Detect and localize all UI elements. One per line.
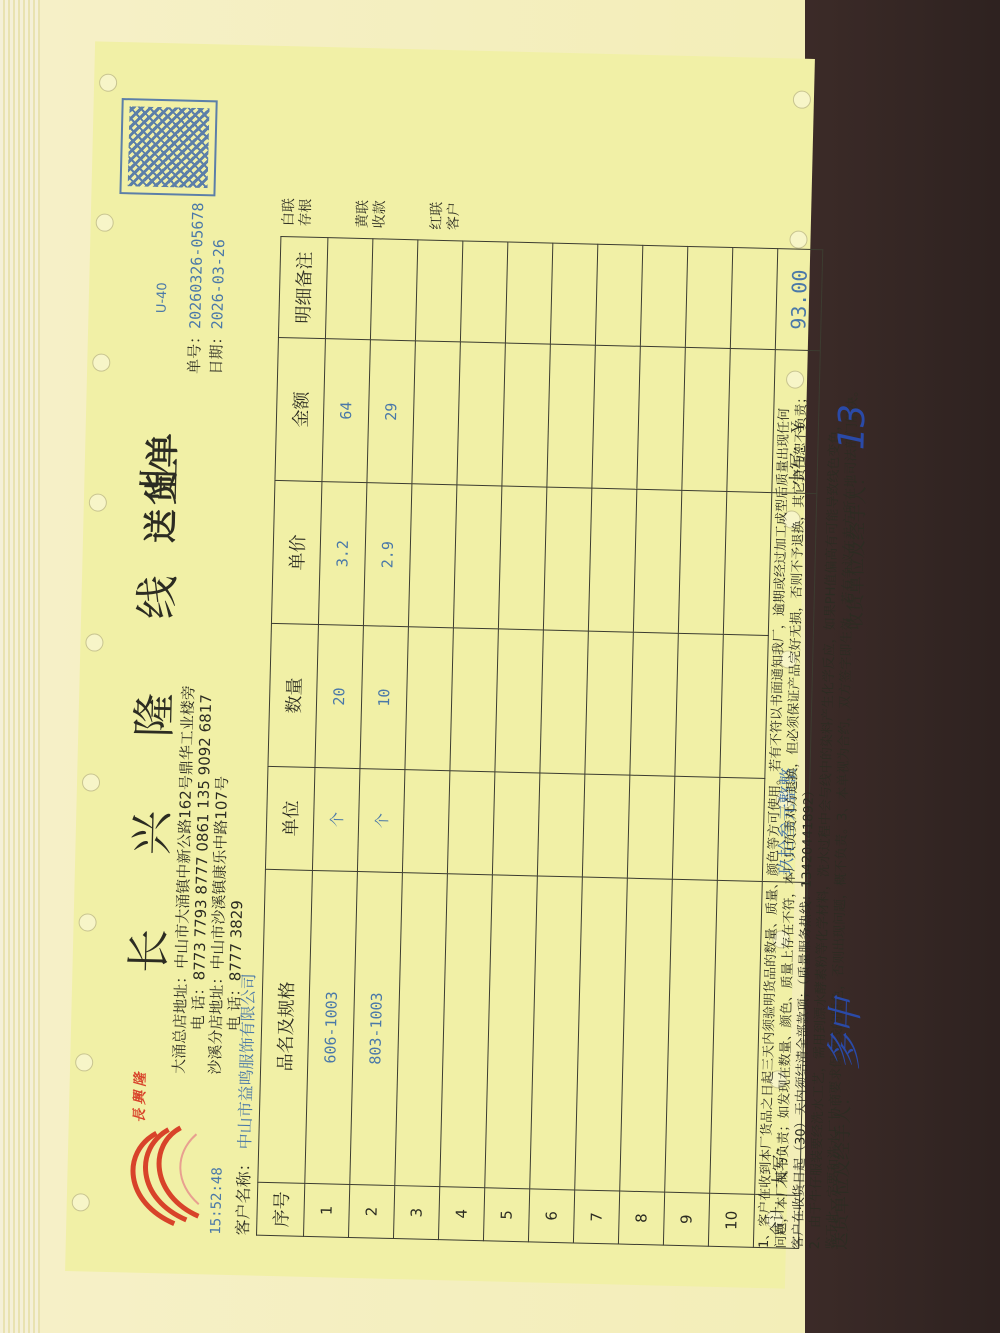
copy-white-label: 白联存根 [281,196,316,227]
col-unit: 单位 [265,766,315,870]
row-item: 606-1003 [305,870,358,1184]
row-no: 8 [618,1191,664,1245]
row-qty: 10 [360,626,408,770]
row-price: 3.2 [318,482,366,626]
branch-store-phone: 8777 3829 [226,900,246,982]
main-store-address-label: 大涌总店地址： [170,969,191,1074]
row-note [370,239,417,341]
order-no: 20260326-05678 [186,202,207,329]
copy-yellow-label: 黄联收款 [355,198,390,229]
row-unit: 个 [312,767,360,871]
copy-labels: 白联存根 黄联收款 红联客户 [281,196,504,231]
row-no: 9 [663,1192,709,1246]
sender-label: 送货单位及经手人： [826,1088,856,1251]
col-item: 品名及规格 [258,869,313,1183]
receiver-label: 收货单位及经手人： [841,468,871,631]
form-code: U-40 [155,282,171,313]
row-no: 5 [483,1188,529,1242]
customer-name: 中山市益鸣服饰有限公司 [235,973,258,1149]
col-amount: 金额 [275,337,325,481]
col-price: 单价 [271,480,321,624]
row-price: 2.9 [363,483,411,627]
row-no: 7 [573,1190,619,1244]
receiver-signature: 13 [831,404,873,451]
brand-logo-text: 長興隆 [129,1069,150,1123]
copy-red-label: 红联客户 [429,200,464,231]
sender-signature: 多中 [816,997,869,1070]
order-date: 2026-03-26 [208,239,228,330]
row-no: 3 [393,1186,439,1240]
col-qty: 数量 [268,623,318,767]
row-no: 10 [708,1193,754,1247]
row-no: 2 [348,1184,394,1238]
row-amount: 29 [367,340,415,484]
customer-label: 客户名称： [233,1155,254,1235]
delivery-note-sheet: 長興隆 长 兴 隆 线 业 送货单 大涌总店地址：中山市大涌镇中新公路162号鼎… [65,41,815,1288]
row-amount: 64 [322,339,370,483]
col-note: 明细备注 [278,236,327,338]
main-store-phone-label: 电 话： [189,980,208,1030]
qr-code-icon [121,100,215,194]
row-qty: 20 [315,625,363,769]
print-time: 15:52:48 [208,1167,226,1235]
row-note [325,238,372,340]
order-no-label: 单号： [185,329,204,374]
document-title: 送货单 [133,428,185,543]
order-meta: 单号：20260326-05678 日期：2026-03-26 [183,202,231,374]
row-no: 1 [304,1183,350,1237]
row-no: 6 [528,1189,574,1243]
row-no: 4 [438,1187,484,1241]
items-table: 序号 品名及规格 单位 数量 单价 金额 明细备注 1606-1003个203.… [256,236,823,1249]
row-unit: 个 [357,769,405,873]
col-no: 序号 [257,1182,305,1236]
branch-store-address-label: 沙溪分店地址： [206,969,227,1074]
brand-logo-icon [114,1122,209,1234]
date-label: 日期： [207,329,226,374]
row-item: 803-1003 [350,872,403,1186]
